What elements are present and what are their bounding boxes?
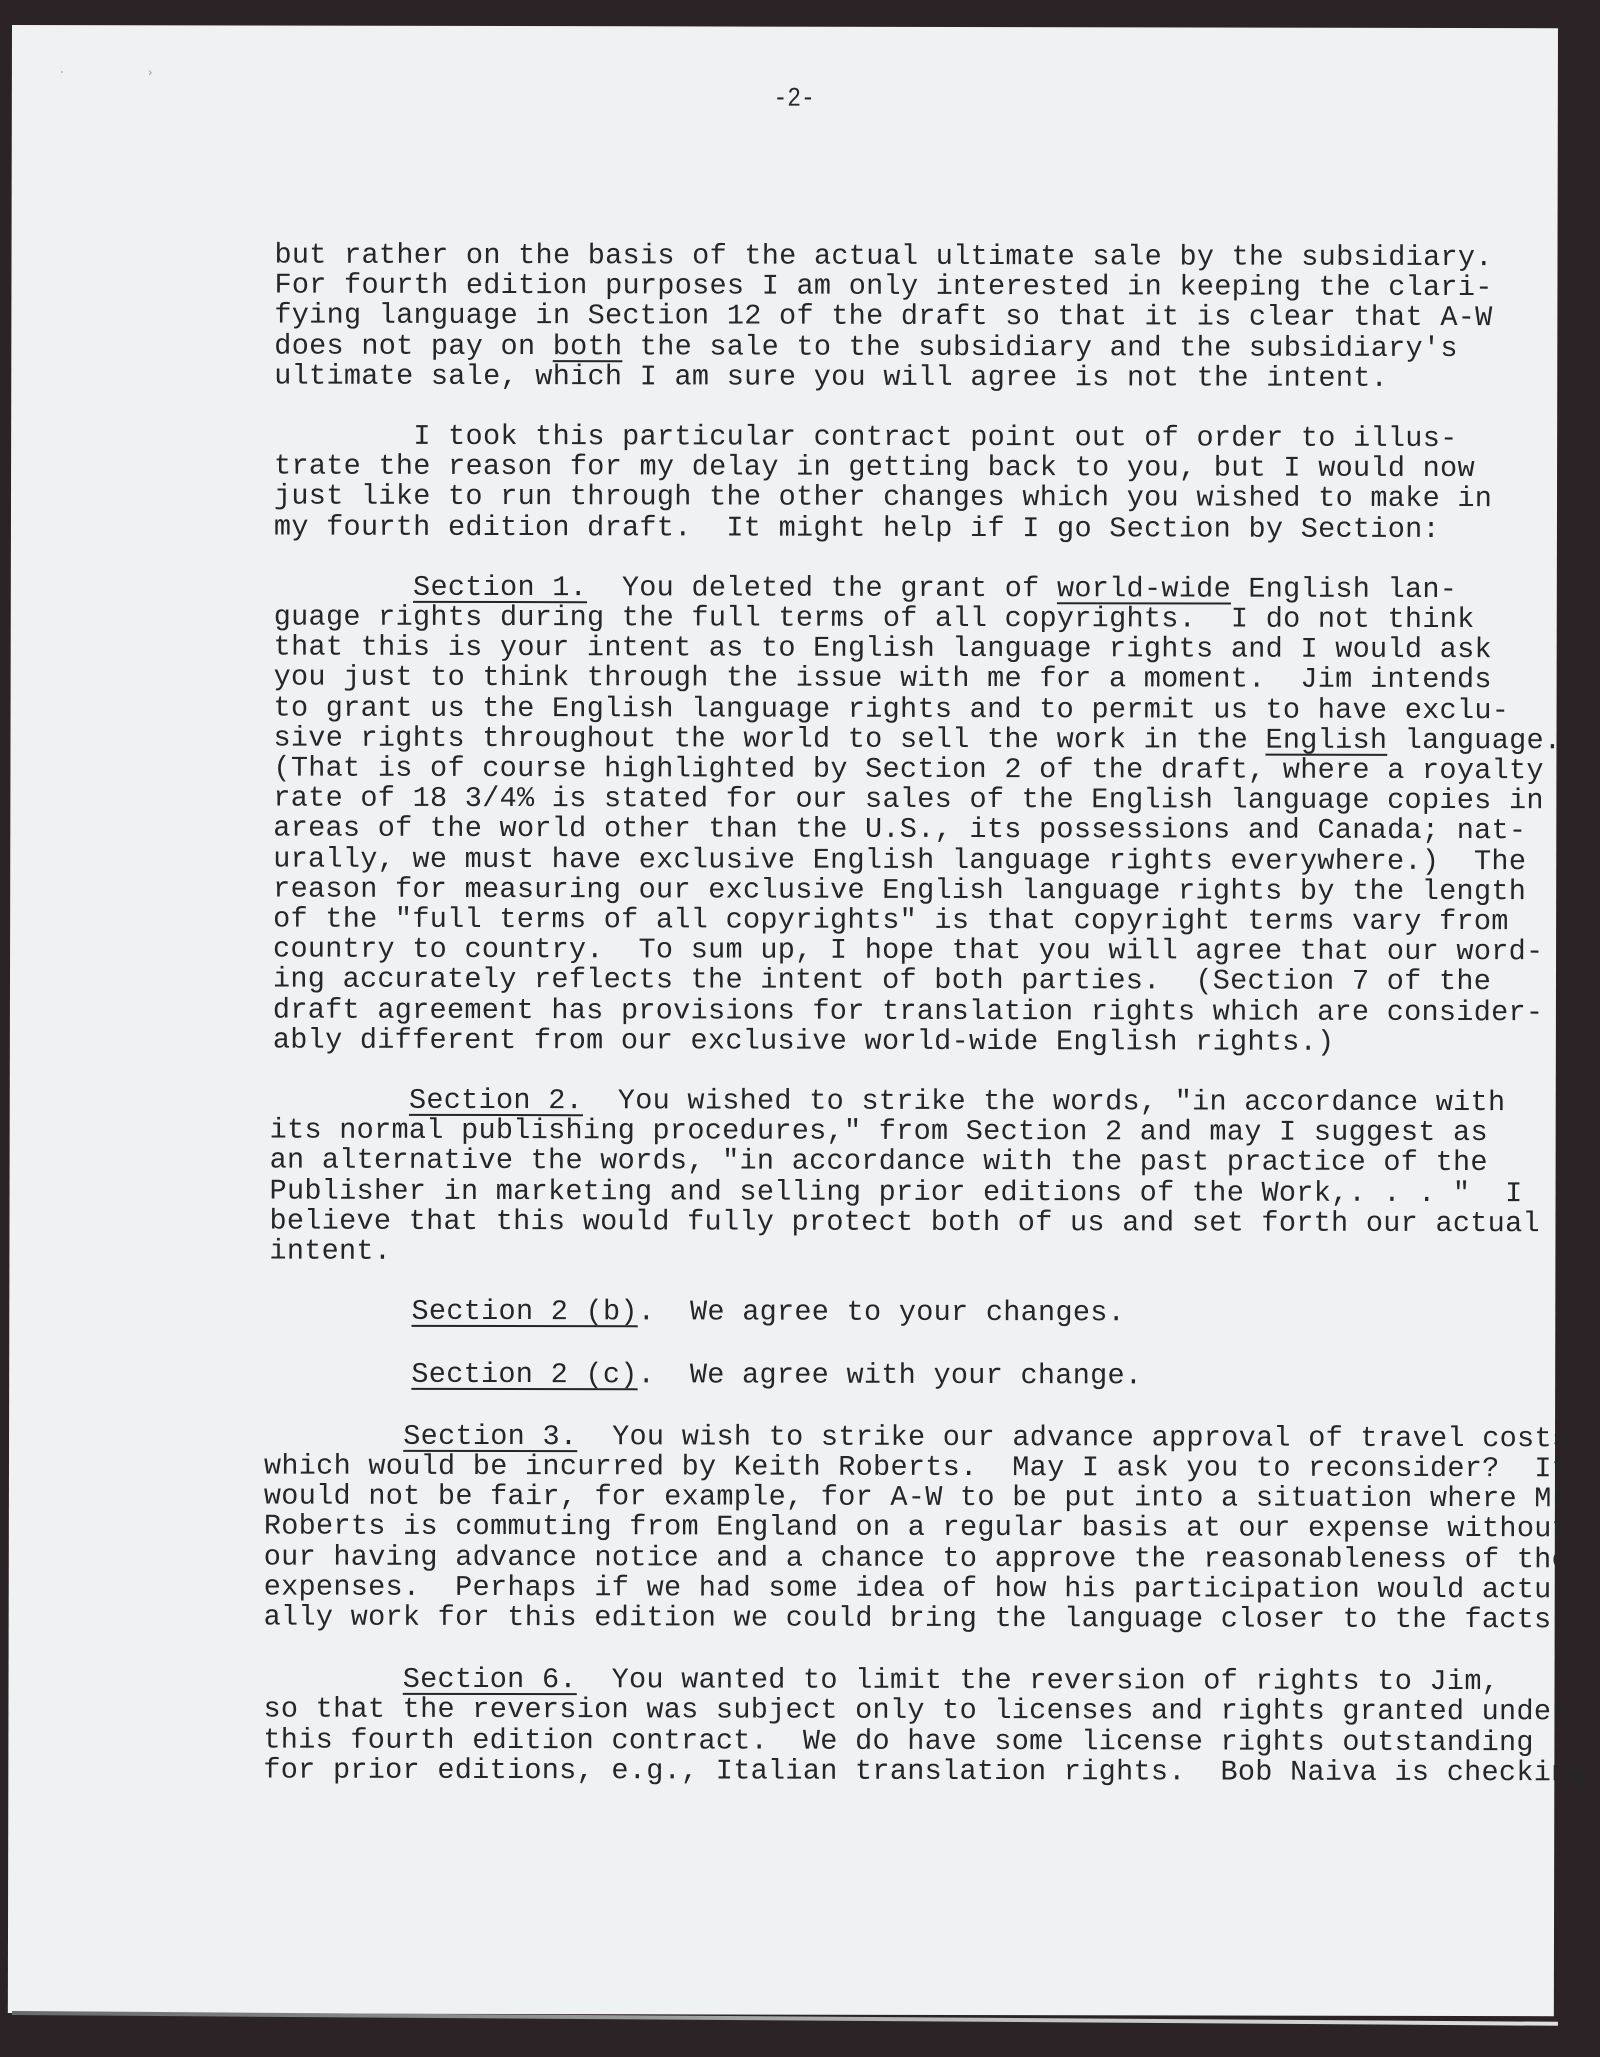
letter-body: but rather on the basis of the actual ul… xyxy=(271,241,1574,1787)
underlined-text: world-wide xyxy=(1057,572,1231,605)
text-line: Roberts is commuting from England on a r… xyxy=(264,1512,1564,1545)
text-line: believe that this would fully protect bo… xyxy=(269,1206,1569,1239)
text-line: for prior editions, e.g., Italian transl… xyxy=(263,1755,1563,1788)
underlined-text: Section 1. xyxy=(413,571,587,604)
text-line: Section 2 (b). We agree to your changes. xyxy=(272,1297,1572,1330)
scan-speck: · xyxy=(60,65,64,79)
underlined-text: Section 2 (c) xyxy=(411,1357,637,1390)
paragraph-contract-point: I took this particular contract point ou… xyxy=(274,422,1574,546)
page-number: -2- xyxy=(773,85,814,115)
section-2-paragraph: Section 2. You wished to strike the word… xyxy=(269,1086,1569,1270)
text-line: so that the reversion was subject only t… xyxy=(263,1695,1563,1728)
text-line: fying language in Section 12 of the draf… xyxy=(274,301,1574,334)
section-3-paragraph: Section 3. You wish to strike our advanc… xyxy=(264,1421,1564,1635)
scan-speck: › xyxy=(148,65,153,79)
underlined-text: Section 2 (b) xyxy=(412,1295,638,1328)
underlined-text: Section 6. xyxy=(403,1663,577,1696)
underlined-text: Section 3. xyxy=(403,1420,577,1453)
text-line: ally work for this edition we could brin… xyxy=(264,1602,1564,1635)
underlined-text: Section 2. xyxy=(409,1084,583,1117)
text-line: ably different from our exclusive world-… xyxy=(273,1025,1573,1058)
section-2c-paragraph: Section 2 (c). We agree with your change… xyxy=(272,1359,1572,1392)
text-line: my fourth edition draft. It might help i… xyxy=(274,512,1574,545)
underlined-text: English xyxy=(1265,723,1387,756)
text-line: just like to run through the other chang… xyxy=(274,482,1574,515)
text-line: ultimate sale, which I am sure you will … xyxy=(274,361,1574,394)
section-1-paragraph: Section 1. You deleted the grant of worl… xyxy=(273,572,1574,1058)
underlined-text: both xyxy=(553,330,623,363)
document-page: · › -2- but rather on the basis of the a… xyxy=(8,25,1558,2016)
paragraph-subsidiary-sale: but rather on the basis of the actual ul… xyxy=(274,241,1574,395)
section-2b-paragraph: Section 2 (b). We agree to your changes. xyxy=(272,1297,1572,1330)
text-line: intent. xyxy=(269,1237,1569,1270)
text-line: Section 2 (c). We agree with your change… xyxy=(272,1359,1572,1392)
section-6-paragraph: Section 6. You wanted to limit the rever… xyxy=(263,1665,1563,1789)
